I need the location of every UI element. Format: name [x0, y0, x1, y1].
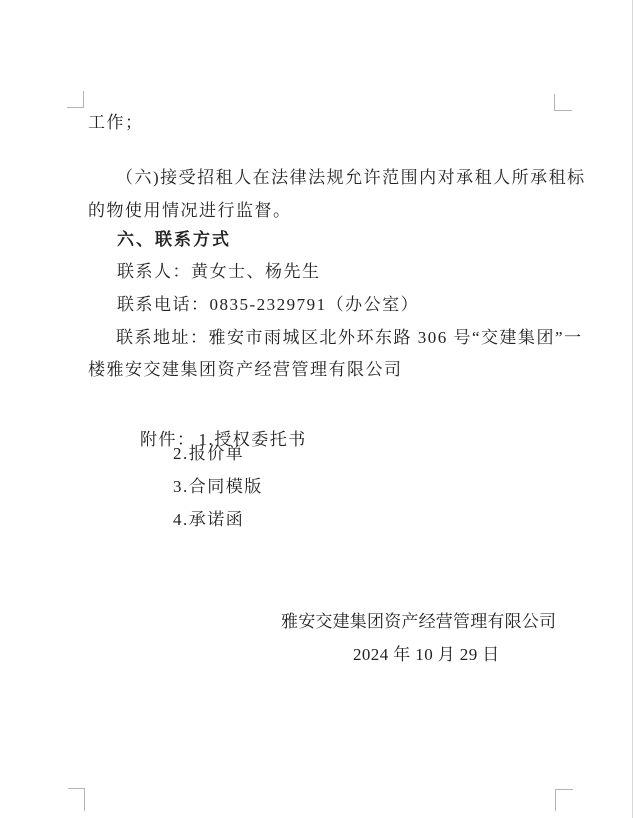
attachment-item-4: 4.承诺函 — [173, 510, 244, 529]
contact-address-line1: 联系地址：雅安市雨城区北外环东路 306 号“交建集团”一 — [116, 328, 583, 347]
section-heading-contact: 六、联系方式 — [117, 230, 231, 249]
document-page: 工作； （六)接受招租人在法律法规允许范围内对承租人所承租标 的物使用情况进行监… — [0, 0, 635, 818]
clause6-line1: （六)接受招租人在法律法规允许范围内对承租人所承租标 — [116, 168, 586, 187]
signature-date-line: 2024 年 10 月 29 日 — [353, 645, 500, 664]
crop-mark-bottom-right — [555, 789, 573, 811]
attachment-item-3: 3.合同模版 — [173, 477, 263, 496]
contact-phone-line: 联系电话：0835-2329791（办公室） — [117, 295, 419, 314]
carryover-text-line: 工作； — [88, 113, 144, 132]
page-right-edge — [632, 0, 633, 818]
crop-mark-bottom-left — [68, 788, 85, 811]
crop-mark-top-left — [67, 91, 84, 108]
clause6-line2: 的物使用情况进行监督。 — [88, 201, 292, 220]
crop-mark-top-right — [554, 94, 572, 111]
signature-company-line: 雅安交建集团资产经营管理有限公司 — [281, 612, 556, 631]
contact-person-line: 联系人：黄女士、杨先生 — [117, 262, 321, 281]
attachment-item-2: 2.报价单 — [173, 444, 244, 463]
contact-address-line2: 楼雅安交建集团资产经营管理有限公司 — [88, 360, 403, 379]
